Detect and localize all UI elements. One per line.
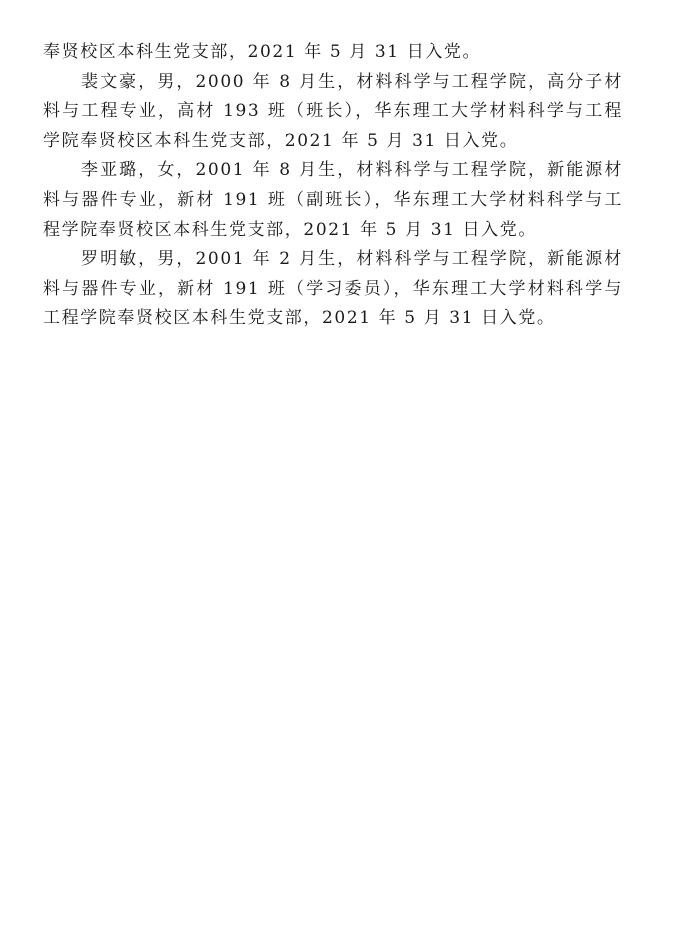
paragraph-member-luo-mingmin: 罗明敏，男，2001 年 2 月生，材料科学与工程学院，新能源材料与器件专业，新…	[43, 245, 623, 334]
paragraph-member-pei-wenhao: 裴文豪，男，2000 年 8 月生，材料科学与工程学院，高分子材料与工程专业，高…	[43, 68, 623, 157]
paragraph-continuation: 奉贤校区本科生党支部，2021 年 5 月 31 日入党。	[43, 38, 623, 68]
paragraph-member-li-yalu: 李亚璐，女，2001 年 8 月生，材料科学与工程学院，新能源材料与器件专业，新…	[43, 156, 623, 245]
document-page: 奉贤校区本科生党支部，2021 年 5 月 31 日入党。 裴文豪，男，2000…	[0, 0, 699, 932]
document-body: 奉贤校区本科生党支部，2021 年 5 月 31 日入党。 裴文豪，男，2000…	[43, 38, 623, 334]
